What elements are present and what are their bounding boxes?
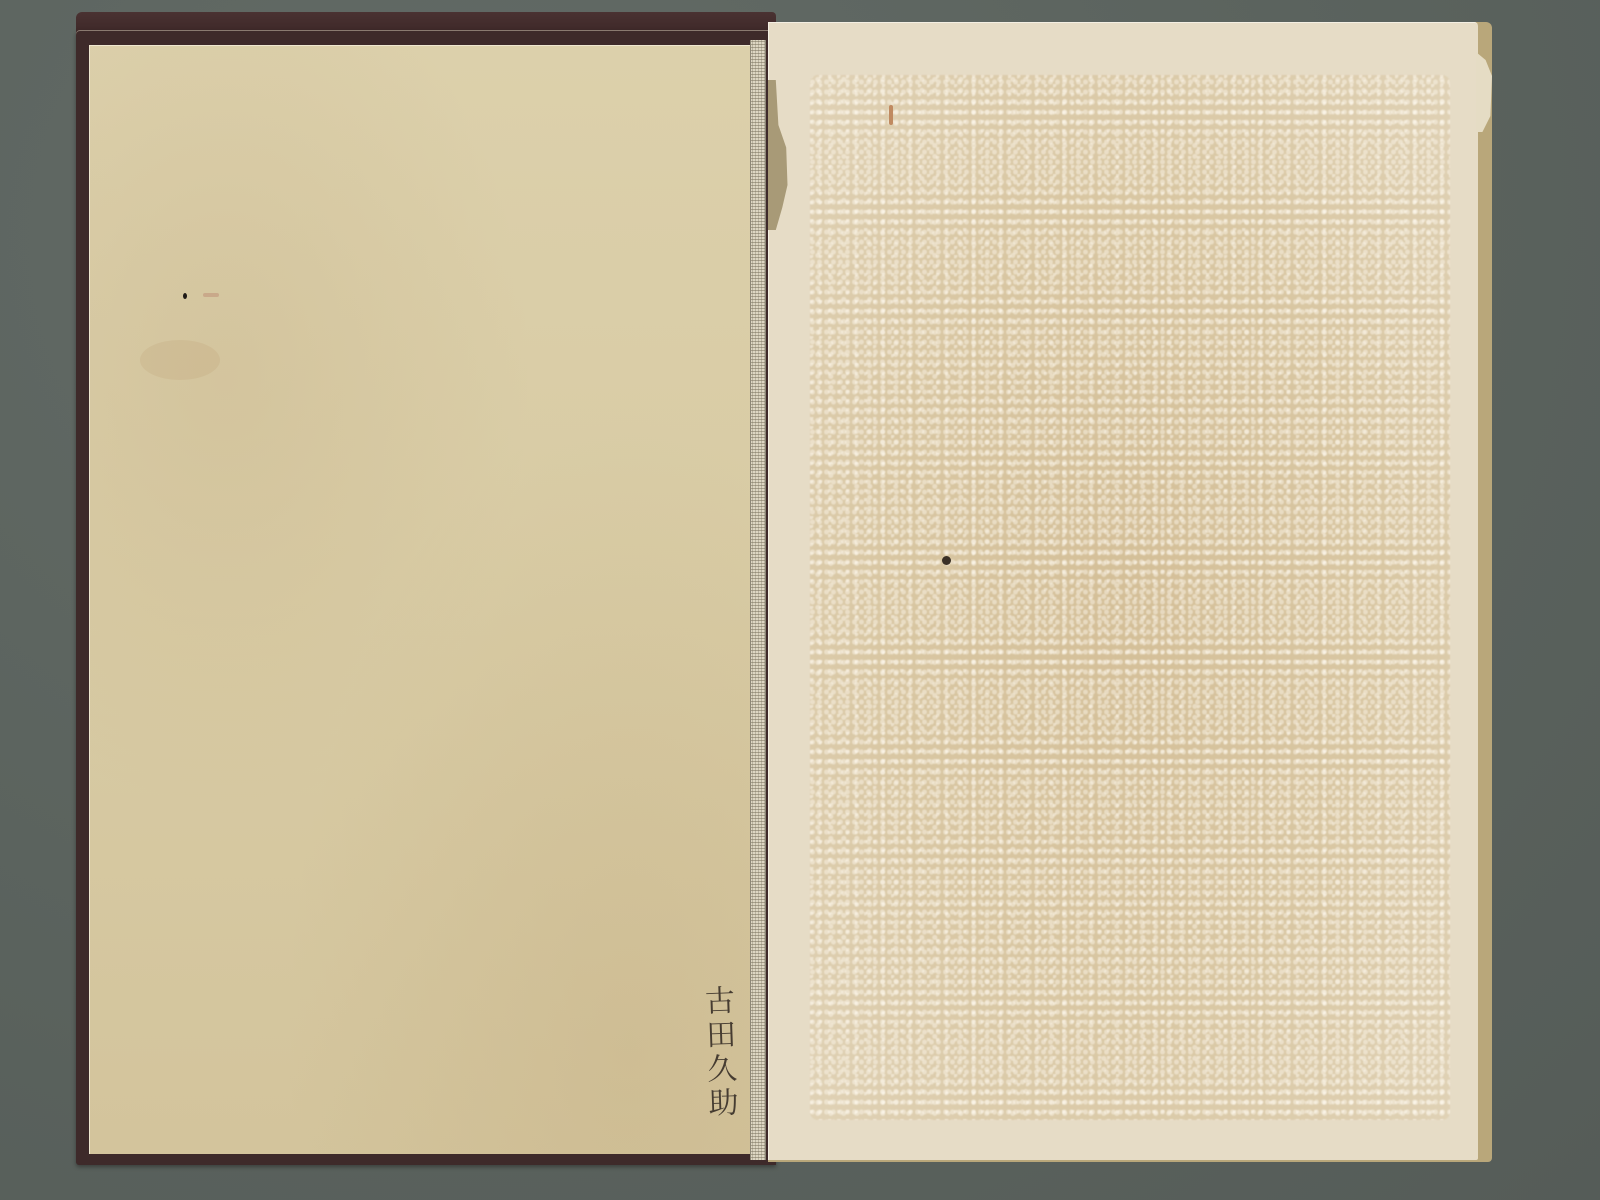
handwritten-inscription: 古田久助 [685, 984, 740, 1136]
spine-binding-tape [750, 40, 766, 1160]
faint-stain [140, 340, 220, 380]
right-flyleaf-mottled-area [810, 75, 1450, 1120]
left-endpaper [89, 45, 764, 1154]
ink-spot [183, 293, 187, 299]
ink-spot [942, 556, 951, 565]
scan-background: 古田久助 [0, 0, 1600, 1200]
rust-stain [889, 105, 893, 125]
stain-mark [203, 293, 219, 297]
